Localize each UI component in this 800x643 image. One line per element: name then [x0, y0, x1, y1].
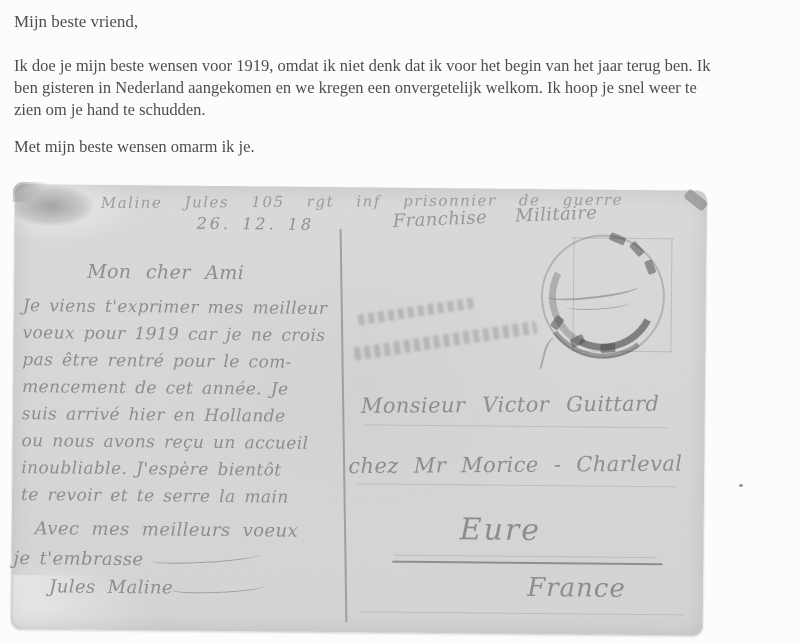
letter-salutation: Mijn beste vriend,: [14, 12, 138, 32]
address-dotted-line: [361, 611, 683, 615]
address-dotted-line: [394, 555, 656, 559]
faded-rubber-stamp: [354, 321, 538, 361]
message-salutation: Mon cher Ami: [87, 261, 244, 285]
letter-closing: Met mijn beste wensen omarm ik je.: [14, 137, 255, 157]
address-underline: [392, 561, 662, 566]
address-recipient: Monsieur Victor Guittard: [361, 392, 660, 418]
address-care-of: chez Mr Morice - Charleval: [348, 452, 682, 479]
signature-flourish: [171, 581, 266, 594]
address-dotted-line: [365, 424, 668, 428]
message-closing: Avec mes meilleurs voeux: [35, 518, 299, 542]
message-signoff: je t'embrasse: [13, 548, 143, 570]
handwritten-date: 26. 12. 18: [197, 214, 315, 234]
letter-body-paragraph: Ik doe je mijn beste wensen voor 1919, o…: [14, 55, 794, 121]
corner-shadow: [13, 182, 47, 202]
page: { "page": { "background": "#fcfcfc", "te…: [0, 0, 800, 643]
postcard-scan-image: Maline Jules 105 rgt inf prisonnier de g…: [11, 184, 707, 636]
faded-rubber-stamp: [358, 297, 476, 325]
corner-fold-mark: [683, 188, 709, 212]
address-department: Eure: [460, 512, 542, 548]
pencil-squiggle-mark: [539, 336, 563, 373]
scan-speck: [739, 484, 743, 487]
message-body: Je viens t'exprimer mes meilleur voeux p…: [21, 293, 341, 512]
address-dotted-line: [358, 483, 675, 487]
address-country: France: [527, 573, 626, 604]
postmark-letter-mark: [600, 343, 616, 353]
postcard-divider-line: [340, 229, 348, 622]
signature-flourish: [151, 550, 261, 566]
message-signature: Jules Maline: [49, 576, 173, 598]
